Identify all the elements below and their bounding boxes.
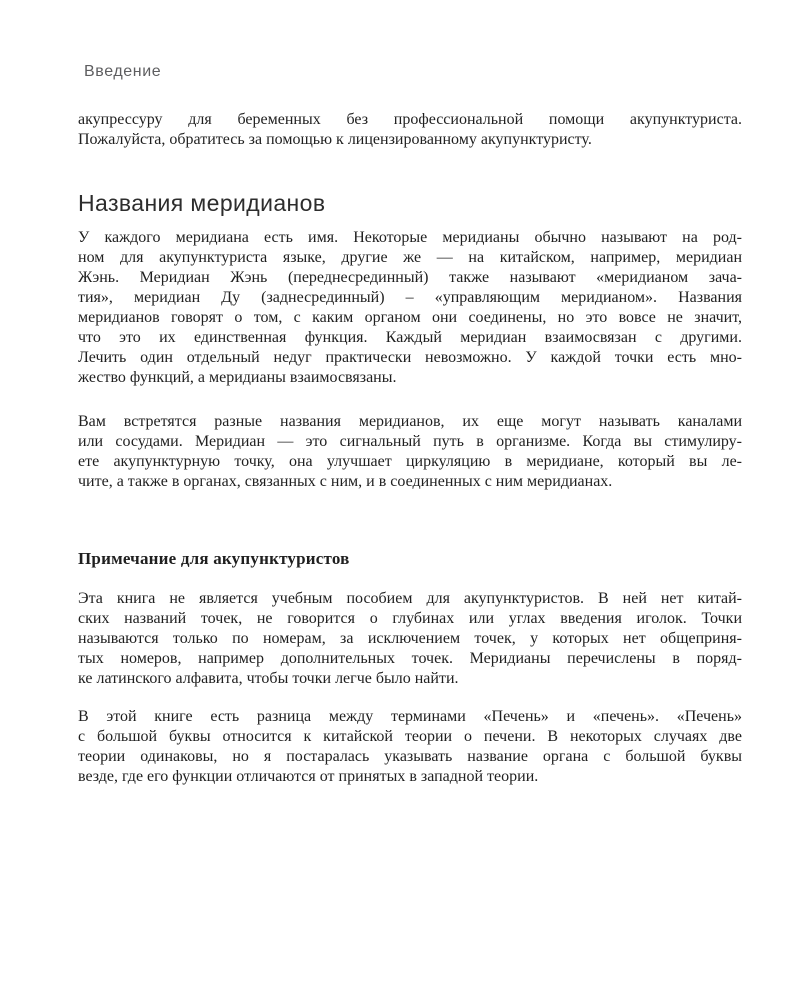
text-line: тых номеров, например дополнительных точ… — [78, 649, 742, 669]
note-heading: Примечание для акупунктуристов — [78, 548, 742, 570]
text-line: Лечить один отдельный недуг практически … — [78, 348, 742, 368]
text-line: называются только по номерам, за исключе… — [78, 629, 742, 649]
text-line: ке латинского алфавита, чтобы точки легч… — [78, 669, 742, 689]
text-line: теории одинаковы, но я постаралась указы… — [78, 747, 742, 767]
text-line: ном для акупунктуриста языке, другие же … — [78, 248, 742, 268]
section-paragraph-1: У каждого меридиана есть имя. Некоторые … — [78, 228, 742, 388]
text-line: чите, а также в органах, связанных с ним… — [78, 472, 742, 492]
text-line: ских названий точек, не говорится о глуб… — [78, 609, 742, 629]
text-line: В этой книге есть разница между терминам… — [78, 707, 742, 727]
text-line: Вам встретятся разные названия меридиано… — [78, 412, 742, 432]
text-line: Эта книга не является учебным пособием д… — [78, 589, 742, 609]
text-line: или сосудами. Меридиан — это сигнальный … — [78, 432, 742, 452]
text-line: акупрессуру для беременных без профессио… — [78, 110, 742, 130]
text-line: везде, где его функции отличаются от при… — [78, 767, 742, 787]
text-line: с большой буквы относится к китайской те… — [78, 727, 742, 747]
intro-paragraph: акупрессуру для беременных без профессио… — [78, 110, 742, 150]
section-paragraph-2: Вам встретятся разные названия меридиано… — [78, 412, 742, 492]
text-line: ете акупунктурную точку, она улучшает ци… — [78, 452, 742, 472]
running-header: Введение — [84, 62, 161, 82]
note-paragraph-1: Эта книга не является учебным пособием д… — [78, 589, 742, 689]
text-line: Жэнь. Меридиан Жэнь (переднесрединный) т… — [78, 268, 742, 288]
text-line: У каждого меридиана есть имя. Некоторые … — [78, 228, 742, 248]
text-line: меридианов говорят о том, с каким органо… — [78, 308, 742, 328]
book-page: Введение акупрессуру для беременных без … — [0, 0, 800, 1000]
note-paragraph-2: В этой книге есть разница между терминам… — [78, 707, 742, 787]
text-line: Пожалуйста, обратитесь за помощью к лице… — [78, 130, 742, 150]
text-line: жество функций, а меридианы взаимосвязан… — [78, 368, 742, 388]
text-line: что это их единственная функция. Каждый … — [78, 328, 742, 348]
section-heading: Названия меридианов — [78, 188, 742, 218]
text-line: тия», меридиан Ду (заднесрединный) – «уп… — [78, 288, 742, 308]
